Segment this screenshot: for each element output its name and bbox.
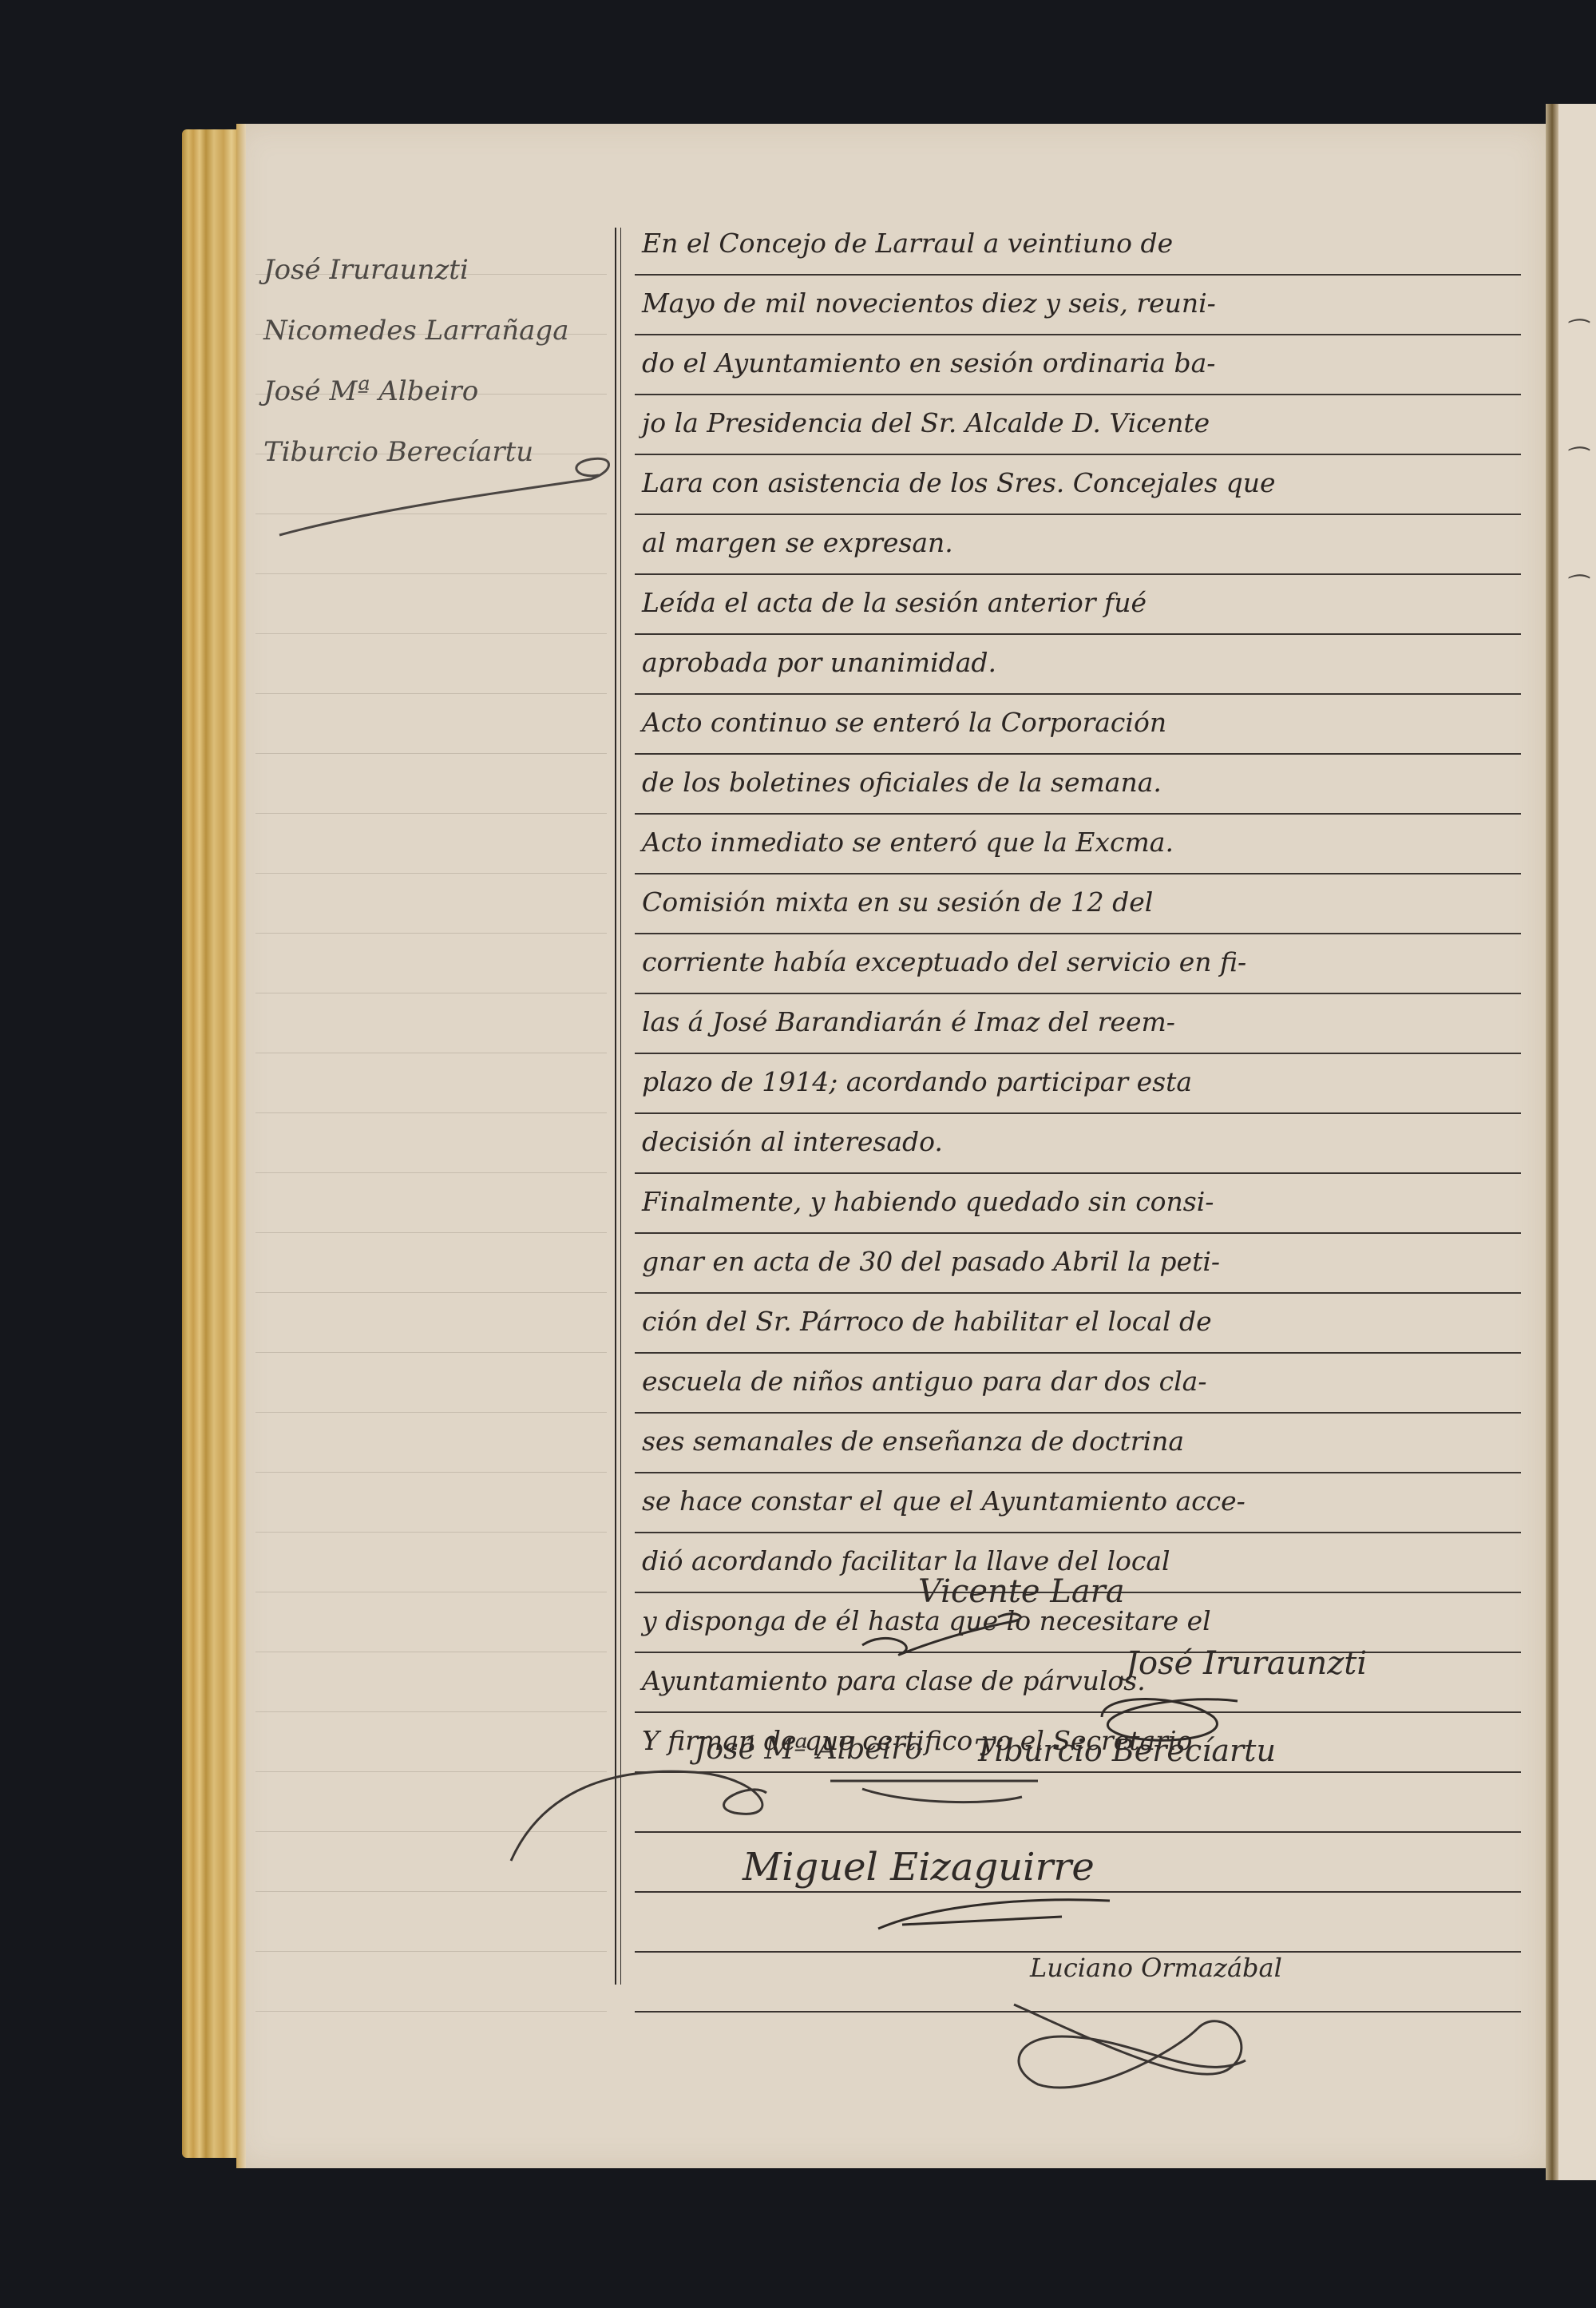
faint-ruled-line — [255, 1891, 607, 1892]
signature-luciano-ormazabal: Luciano Ormazábal — [1030, 1953, 1282, 1983]
text-line: de los boletines oficiales de la semana. — [639, 755, 1525, 815]
text-line: plazo de 1914; acordando participar esta — [639, 1054, 1525, 1114]
text-line: Acto inmediato se enteró que la Excma. — [639, 815, 1525, 874]
faint-ruled-line — [255, 1292, 607, 1293]
facing-page-fragment: ⁀ — [1565, 447, 1584, 475]
signature-flourish-icon — [854, 1605, 1030, 1661]
text-line: Mayo de mil novecientos diez y seis, reu… — [639, 276, 1525, 335]
facing-page-fragment: ⁀ — [1565, 319, 1584, 347]
faint-ruled-line — [255, 1172, 607, 1173]
faint-ruled-line — [255, 693, 607, 694]
text-line: jo la Presidencia del Sr. Alcalde D. Vic… — [639, 395, 1525, 455]
faint-ruled-line — [255, 1053, 607, 1053]
faint-ruled-line — [255, 1592, 607, 1592]
faint-ruled-line — [255, 573, 607, 574]
gilt-page-stack — [182, 129, 238, 2158]
faint-ruled-line — [255, 1412, 607, 1413]
book-gutter — [1546, 104, 1558, 2180]
text-line: Ayuntamiento para clase de párvulos. — [639, 1653, 1525, 1713]
faint-ruled-line — [255, 1472, 607, 1473]
faint-ruled-line — [255, 1711, 607, 1712]
text-line: se hace constar el que el Ayuntamiento a… — [639, 1473, 1525, 1533]
attendee-name: José Iruraunzti — [263, 240, 615, 300]
minutes-body: En el Concejo de Larraul a veintiuno de … — [639, 216, 1525, 1773]
text-line: gnar en acta de 30 del pasado Abril la p… — [639, 1234, 1525, 1294]
faint-ruled-line — [255, 753, 607, 754]
signature-jose-iruraunzti: José Iruraunzti — [1126, 1645, 1367, 1682]
faint-ruled-line — [255, 813, 607, 814]
faint-ruled-line — [255, 933, 607, 934]
text-line: En el Concejo de Larraul a veintiuno de — [639, 216, 1525, 276]
faint-ruled-line — [255, 873, 607, 874]
text-line: Lara con asistencia de los Sres. Conceja… — [639, 455, 1525, 515]
facing-page — [1558, 104, 1596, 2180]
closing-flourish-icon — [990, 1989, 1325, 2108]
faint-ruled-line — [255, 1232, 607, 1233]
facing-page-fragment: ⁀ — [1565, 575, 1584, 603]
text-line: decisión al interesado. — [639, 1114, 1525, 1174]
faint-ruled-line — [255, 993, 607, 993]
faint-ruled-line — [255, 2011, 607, 2012]
faint-ruled-line — [255, 1532, 607, 1533]
attendee-name: José Mª Albeiro — [263, 361, 615, 422]
faint-ruled-line — [255, 1652, 607, 1652]
text-line: Comisión mixta en su sesión de 12 del — [639, 874, 1525, 934]
faint-ruled-line — [255, 633, 607, 634]
text-line: escuela de niños antiguo para dar dos cl… — [639, 1354, 1525, 1414]
margin-flourish-icon — [271, 447, 623, 543]
faint-ruled-line — [255, 1112, 607, 1113]
signature-miguel-eizaguirre: Miguel Eizaguirre — [743, 1845, 1095, 1890]
text-line: Leída el acta de la sesión anterior fué — [639, 575, 1525, 635]
attendee-name: Nicomedes Larrañaga — [263, 300, 615, 361]
page-edge — [236, 124, 246, 2168]
text-line: ses semanales de enseñanza de doctrina — [639, 1414, 1525, 1473]
margin-attendee-list: José Iruraunzti Nicomedes Larrañaga José… — [263, 240, 615, 482]
text-line: aprobada por unanimidad. — [639, 635, 1525, 695]
text-line: corriente había exceptuado del servicio … — [639, 934, 1525, 994]
text-line: do el Ayuntamiento en sesión ordinaria b… — [639, 335, 1525, 395]
text-line: ción del Sr. Párroco de habilitar el loc… — [639, 1294, 1525, 1354]
faint-ruled-line — [255, 1352, 607, 1353]
faint-ruled-line — [255, 1951, 607, 1952]
text-line: Finalmente, y habiendo quedado sin consi… — [639, 1174, 1525, 1234]
text-line: las á José Barandiarán é Imaz del reem- — [639, 994, 1525, 1054]
signature-flourish-icon — [870, 1889, 1126, 1937]
text-line: Acto continuo se enteró la Corporación — [639, 695, 1525, 755]
text-line: al margen se expresan. — [639, 515, 1525, 575]
